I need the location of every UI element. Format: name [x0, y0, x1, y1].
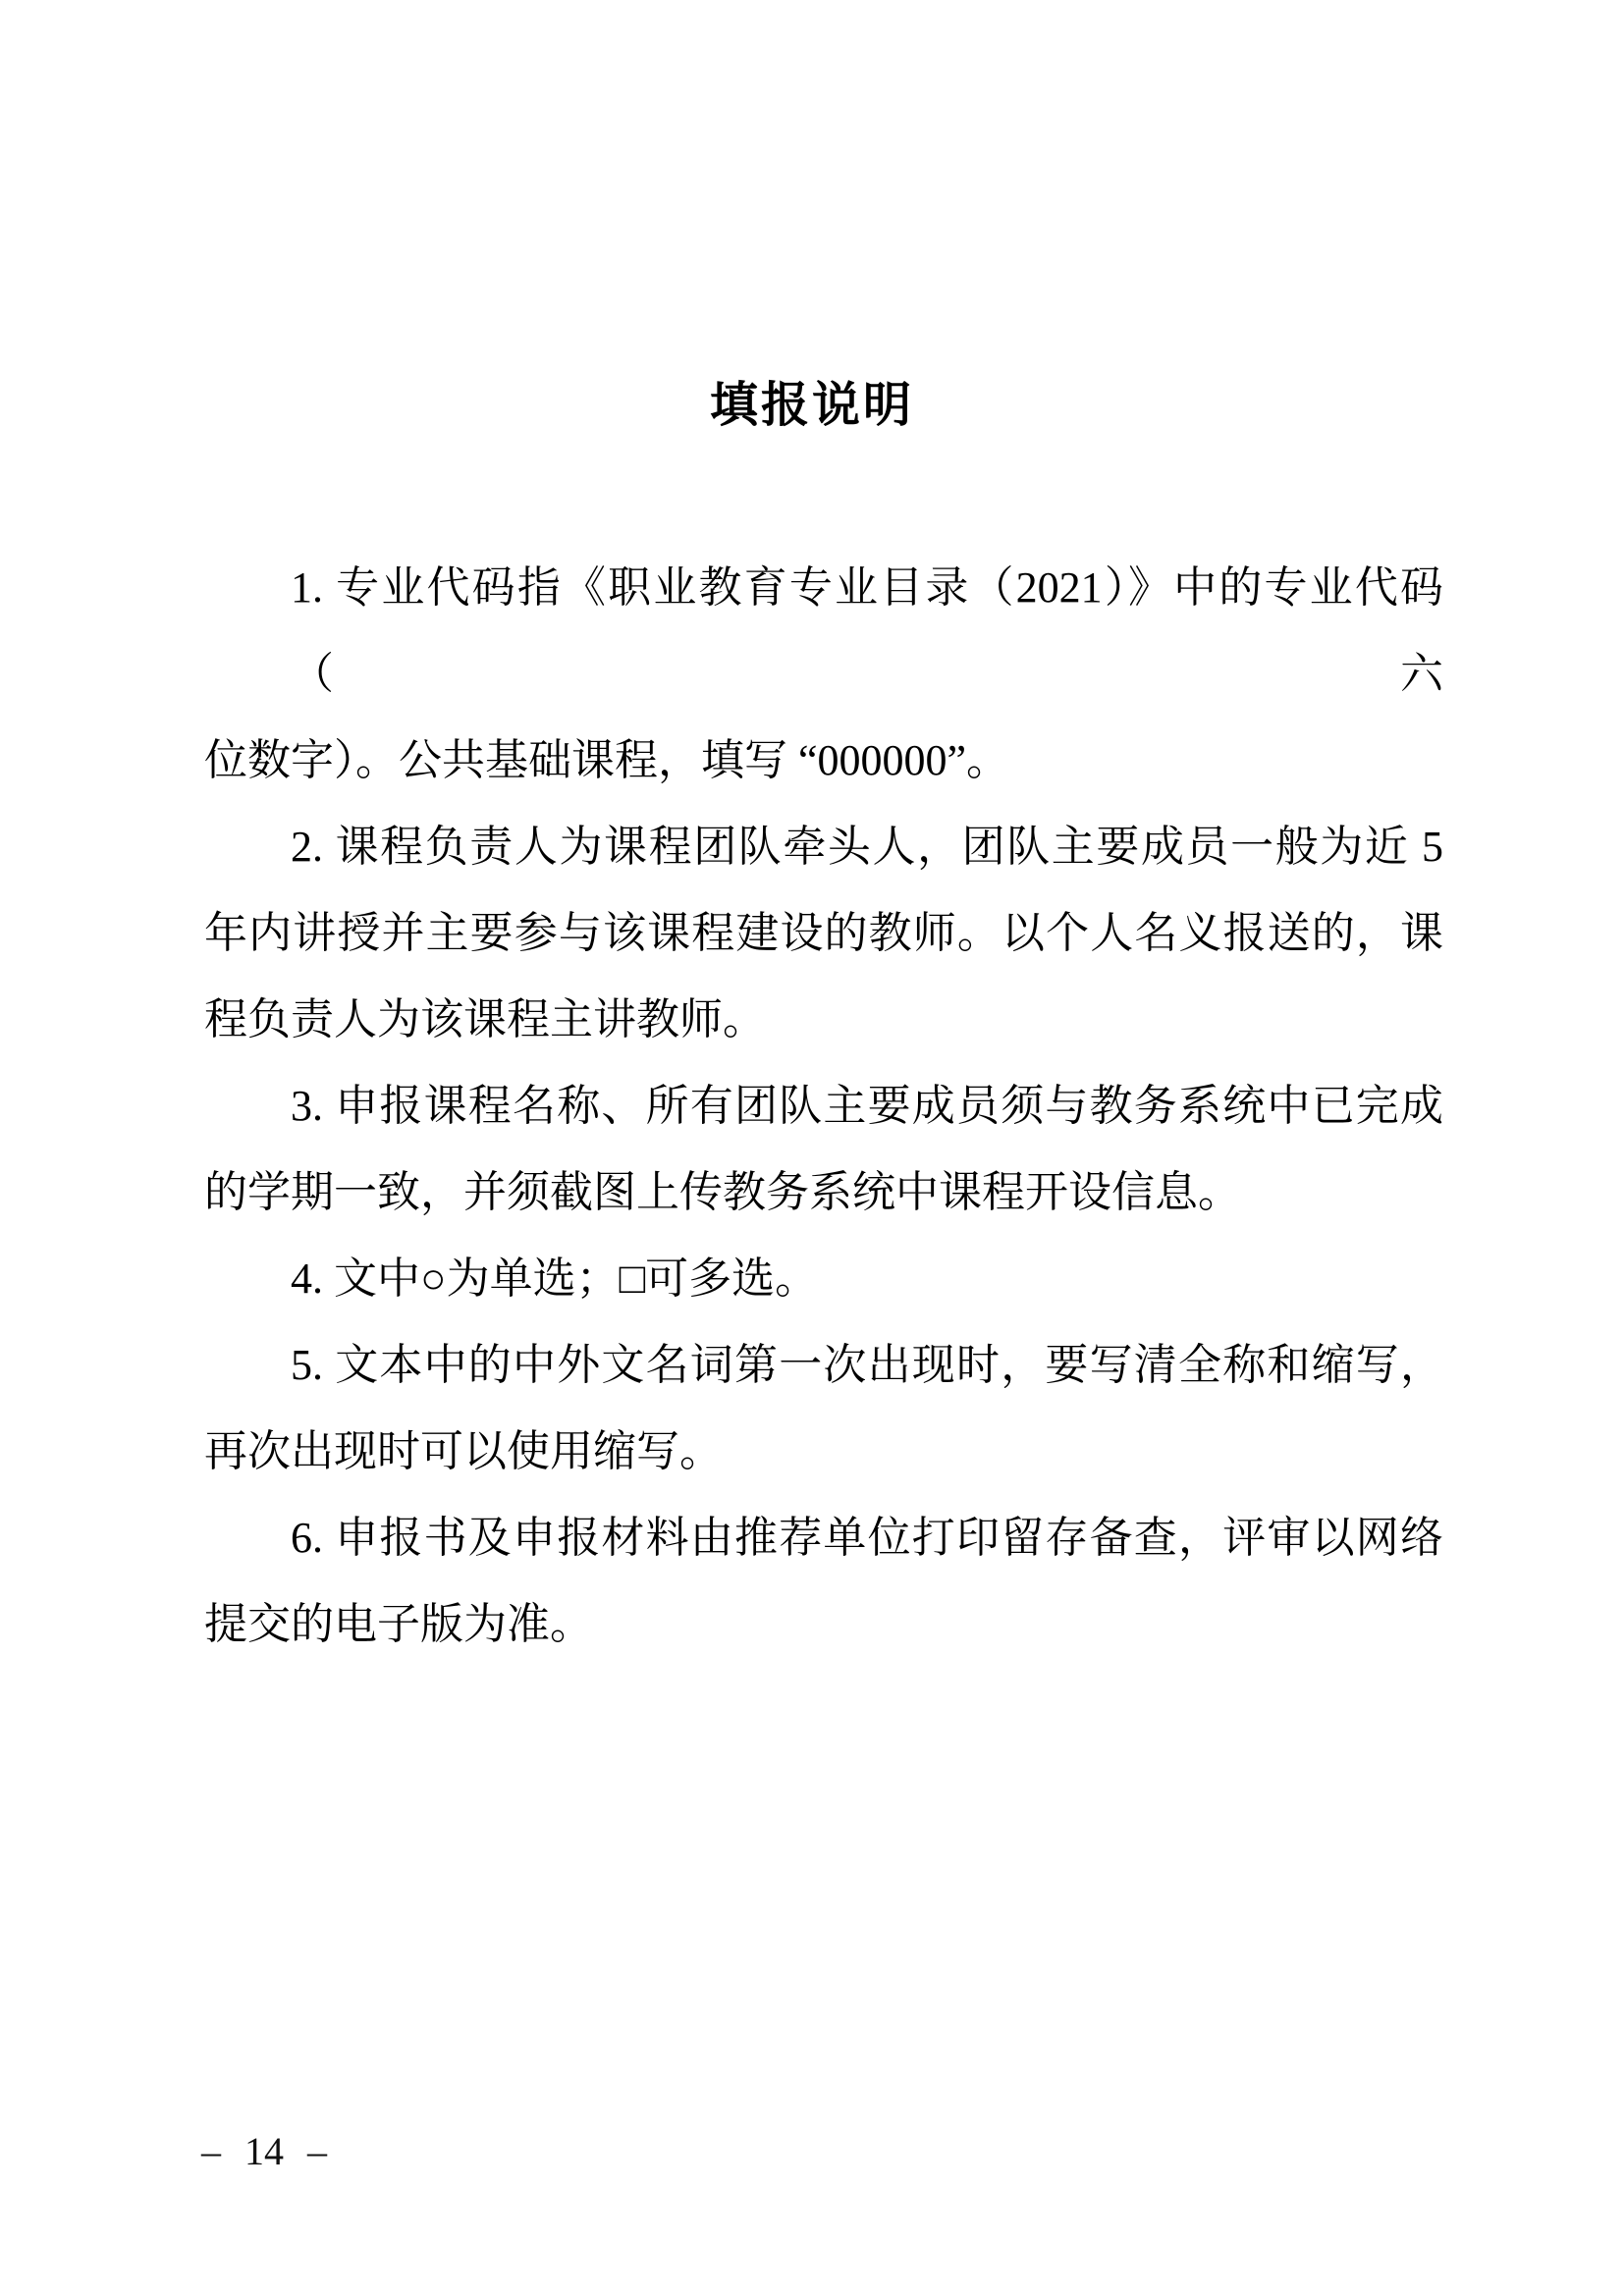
body-line: 位数字）。公共基础课程，填写 “000000”。 — [204, 718, 1443, 804]
body-line: 2. 课程负责人为课程团队牵头人，团队主要成员一般为近 5 — [204, 804, 1443, 890]
body-line: 年内讲授并主要参与该课程建设的教师。以个人名义报送的，课 — [204, 890, 1443, 977]
document-page: 填报说明 1. 专业代码指《职业教育专业目录（2021）》中的专业代码（六位数字… — [0, 0, 1624, 2296]
body-line: 提交的电子版为准。 — [204, 1581, 1443, 1668]
body-line: 1. 专业代码指《职业教育专业目录（2021）》中的专业代码（六 — [204, 545, 1443, 718]
body-line: 6. 申报书及申报材料由推荐单位打印留存备查，评审以网络 — [204, 1495, 1443, 1581]
page-number: – 14 – — [201, 2128, 327, 2175]
page-title: 填报说明 — [0, 374, 1624, 437]
body-line: 4. 文中○为单选；□可多选。 — [204, 1236, 1443, 1322]
body-line: 的学期一致，并须截图上传教务系统中课程开设信息。 — [204, 1149, 1443, 1236]
body-line: 3. 申报课程名称、所有团队主要成员须与教务系统中已完成 — [204, 1063, 1443, 1149]
body-line: 5. 文本中的中外文名词第一次出现时，要写清全称和缩写， — [204, 1322, 1443, 1409]
body-line: 再次出现时可以使用缩写。 — [204, 1409, 1443, 1495]
instructions-body: 1. 专业代码指《职业教育专业目录（2021）》中的专业代码（六位数字）。公共基… — [204, 545, 1443, 1668]
body-line: 程负责人为该课程主讲教师。 — [204, 977, 1443, 1063]
